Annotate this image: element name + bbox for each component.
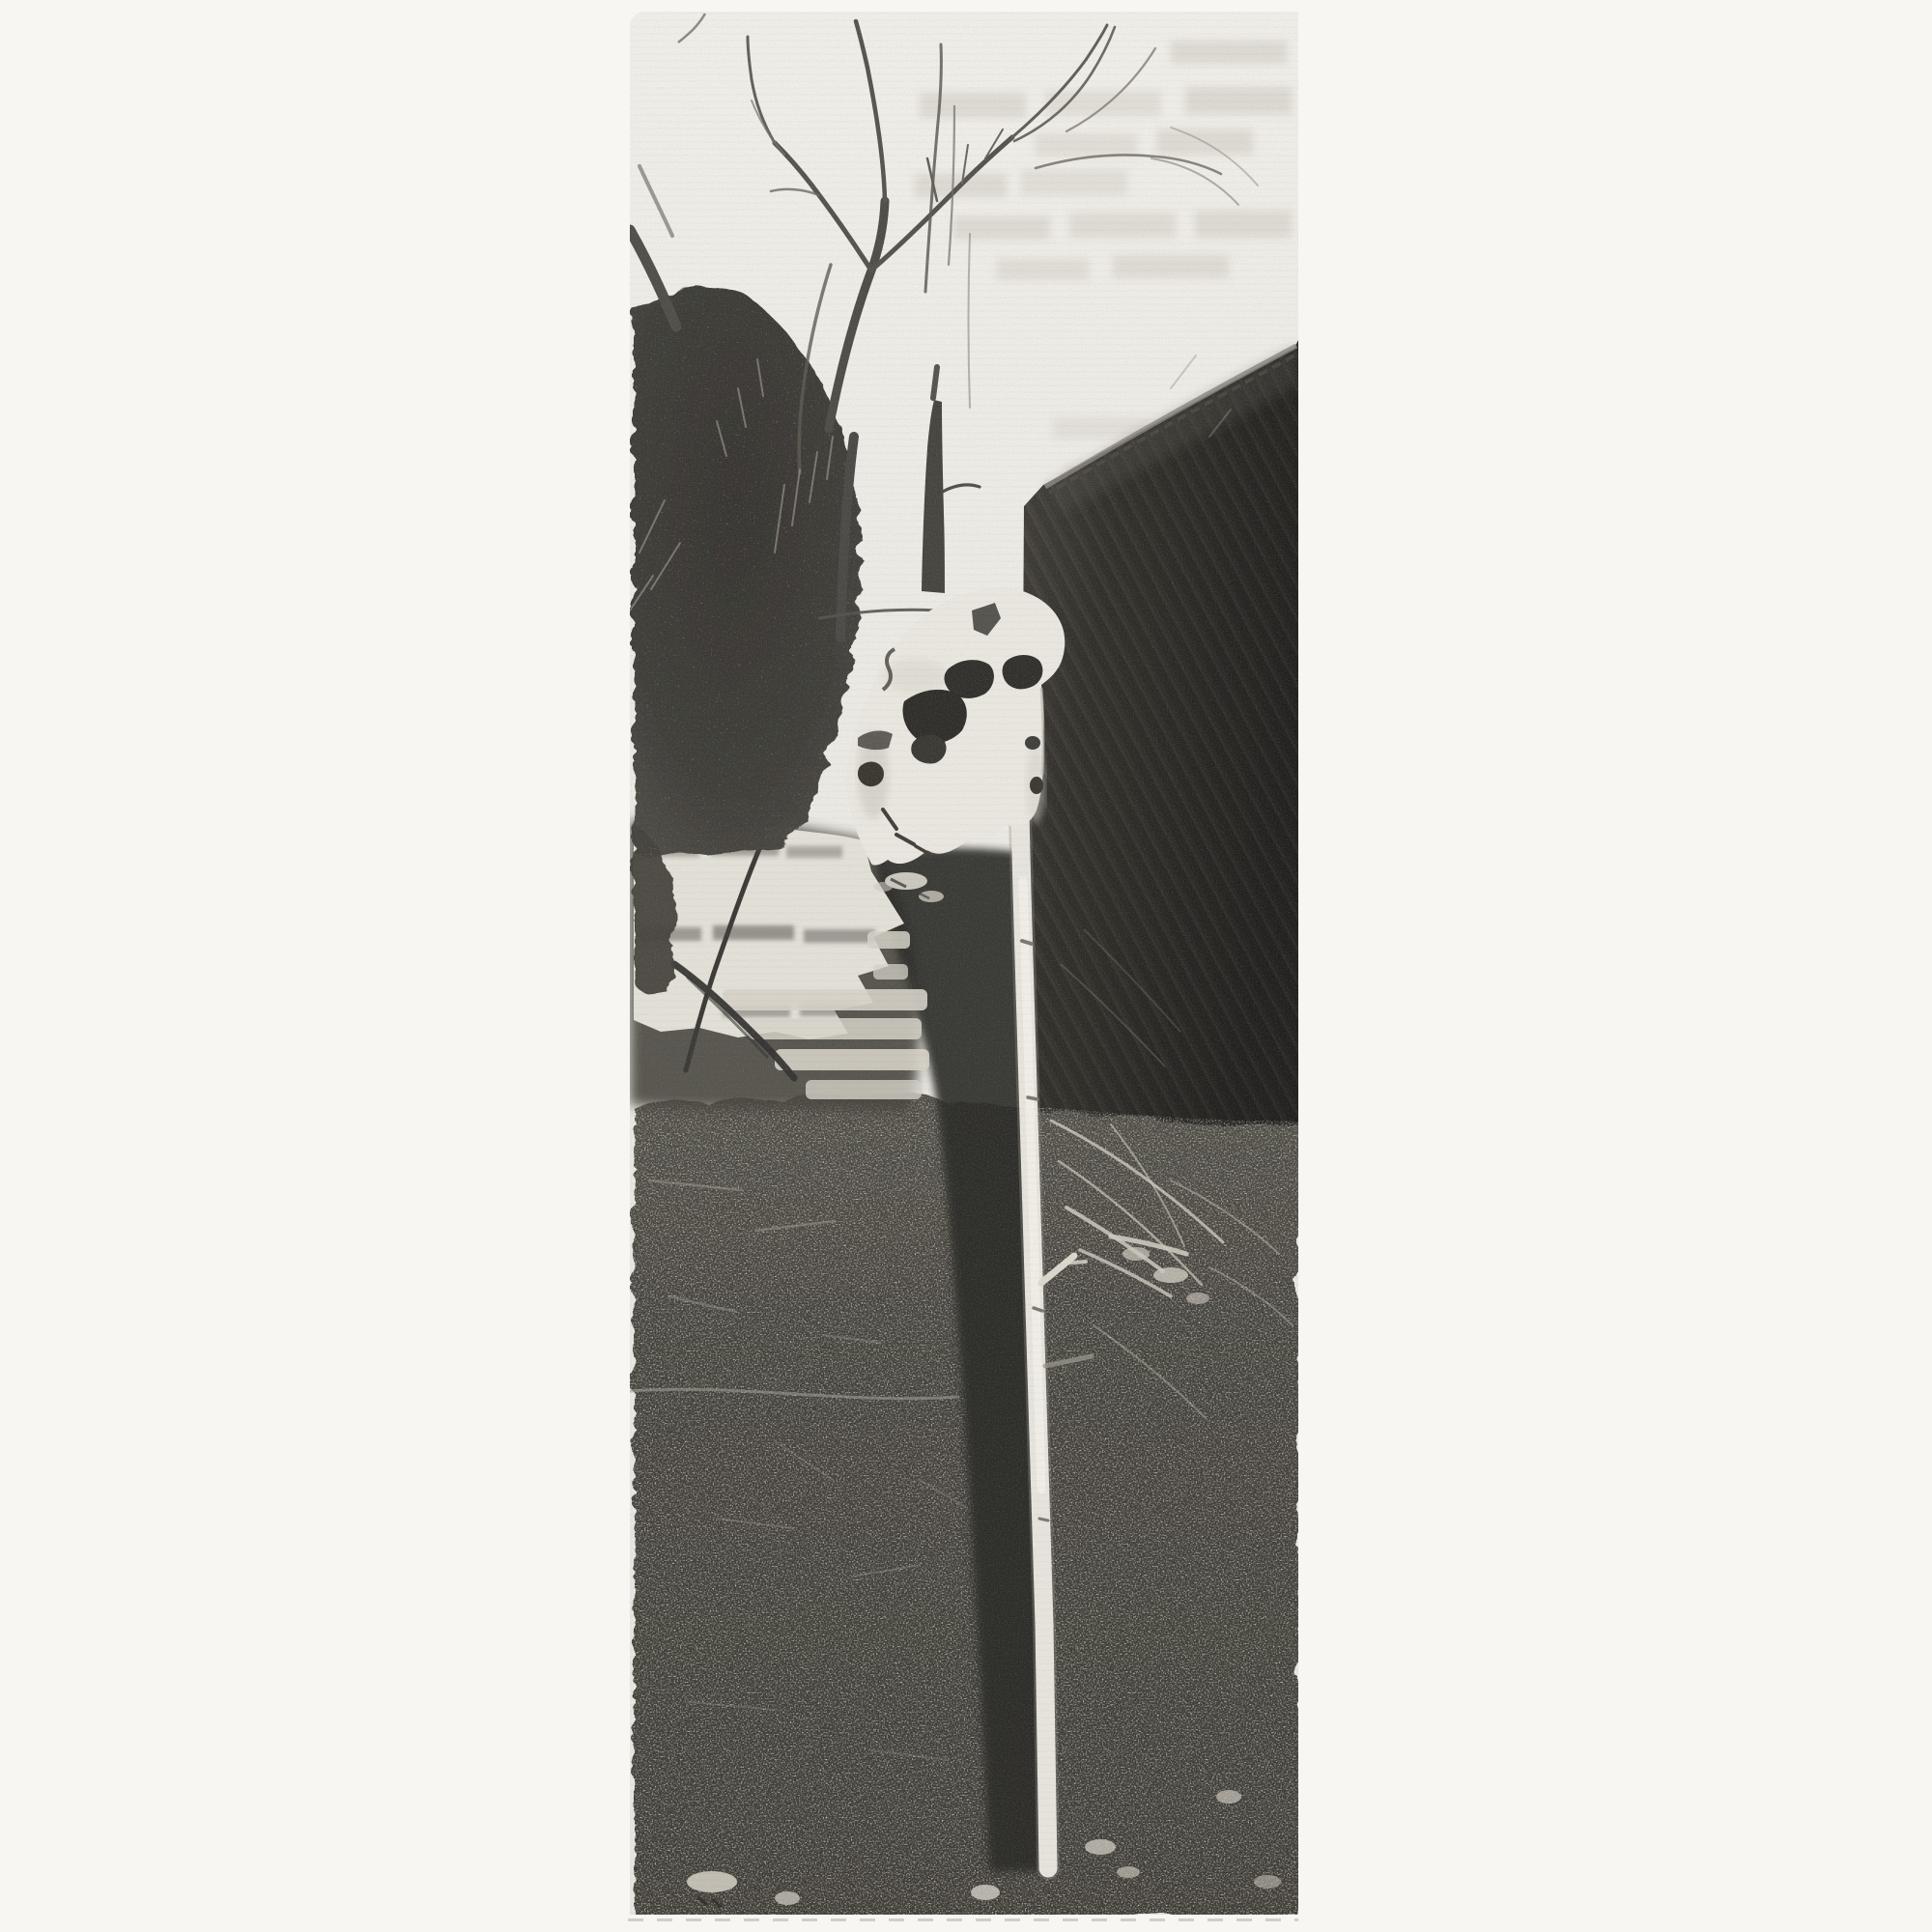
photo-canvas [630, 12, 1298, 1915]
photo-hidden-caption: Black-and-white halftone photograph: a h… [630, 12, 631, 13]
scanned-book-page: { "page": { "kind": "scanned book page b… [0, 0, 1932, 1932]
scan-artifact-dotted-line [628, 1918, 1298, 1921]
halftone-grain [630, 12, 1298, 1915]
halftone-photograph: Black-and-white halftone photograph: a h… [630, 12, 1298, 1915]
